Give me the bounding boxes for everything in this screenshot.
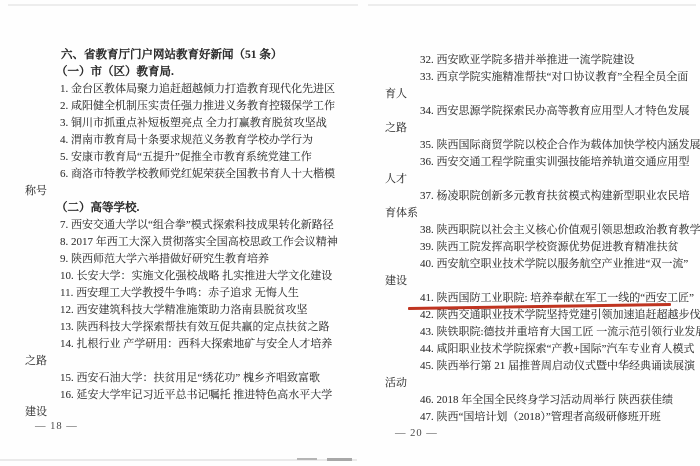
text-line: 5. 安康市教育局“五提升”促推全市教育系统党建工作	[25, 149, 365, 166]
text-line: 32. 西安欧亚学院多措并举推进一流学院建设	[385, 52, 700, 69]
text-line: 12. 西安建筑科技大学精准施策助力洛南县脱贫攻坚	[25, 302, 365, 319]
text-line: 称号	[25, 183, 365, 200]
text-line: 38. 陕西职院以社会主义核心价值观引领思想政治教育教学	[385, 222, 700, 239]
text-line: （一）市（区）教育局.	[25, 64, 365, 81]
text-line: 36. 西安交通工程学院重实训强技能培养轨道交通应用型	[385, 154, 700, 171]
text-line: 14. 扎根行业 产学研用：西科大探索地矿与安全人才培养	[25, 336, 365, 353]
document-page-20: 32. 西安欧亚学院多措并举推进一流学院建设33. 西京学院实施精准帮扶“对口协…	[365, 0, 700, 466]
page-20-text-block: 32. 西安欧亚学院多措并举推进一流学院建设33. 西京学院实施精准帮扶“对口协…	[365, 0, 700, 426]
text-line: 16. 延安大学牢记习近平总书记嘱托 推进特色高水平大学	[25, 387, 365, 404]
next-page-artifact	[297, 458, 317, 460]
text-line: 10. 长安大学：实施文化强校战略 扎实推进大学文化建设	[25, 268, 365, 285]
text-line: 40. 西安航空职业技术学院以服务航空产业推进“双一流”	[385, 256, 700, 273]
text-line: 之路	[385, 120, 700, 137]
text-line: 建设	[25, 404, 365, 421]
text-line: 6. 商洛市特教学校教师党红妮荣获全国教书育人十大楷模	[25, 166, 365, 183]
text-line: 34. 西安思源学院探索民办高等教育应用型人才特色发展	[385, 103, 700, 120]
text-line: 45. 陕西举行第 21 届推普周启动仪式暨中华经典诵读展演	[385, 358, 700, 375]
text-line: 43. 陕铁职院:德技并重培育大国工匠 一流示范引领行业发展	[385, 324, 700, 341]
text-line: 之路	[25, 353, 365, 370]
text-line: 13. 陕西科技大学探索帮扶有效互促共赢的定点扶贫之路	[25, 319, 365, 336]
text-line: 2. 咸阳健全机制压实责任强力推进义务教育控辍保学工作	[25, 98, 365, 115]
page-18-text-block: 六、省教育厅门户网站教育好新闻（51 条）（一）市（区）教育局.1. 金台区教体…	[0, 0, 365, 421]
text-line: 47. 陕西“国培计划（2018）”管理者高级研修班开班	[385, 409, 700, 426]
text-line: 7. 西安交通大学以“组合拳”模式探索科技成果转化新路径	[25, 217, 365, 234]
document-canvas: 六、省教育厅门户网站教育好新闻（51 条）（一）市（区）教育局.1. 金台区教体…	[0, 0, 700, 466]
text-line: 15. 西安石油大学：扶贫用足“绣花功” 槐乡齐唱致富歌	[25, 370, 365, 387]
page-number: — 20 —	[395, 428, 438, 439]
text-line: 建设	[385, 273, 700, 290]
text-line: 1. 金台区教体局聚力追赶超越倾力打造教育现代化先进区	[25, 81, 365, 98]
text-line: 活动	[385, 375, 700, 392]
text-line: 3. 铜川市抓重点补短板塑亮点 全力打赢教育脱贫攻坚战	[25, 115, 365, 132]
text-line: 46. 2018 年全国全民终身学习活动周举行 陕西获佳绩	[385, 392, 700, 409]
page-number: — 18 —	[35, 421, 78, 432]
text-line: 33. 西京学院实施精准帮扶“对口协议教育”全程全员全面	[385, 69, 700, 86]
text-line: 育人	[385, 86, 700, 103]
text-line: 人才	[385, 171, 700, 188]
text-line: 37. 杨凌职院创新多元教育扶贫模式构建新型职业农民培	[385, 188, 700, 205]
text-line: 9. 陕西师范大学六举措做好研究生教育培养	[25, 251, 365, 268]
document-page-18: 六、省教育厅门户网站教育好新闻（51 条）（一）市（区）教育局.1. 金台区教体…	[0, 0, 365, 466]
text-line: 8. 2017 年西工大深入贯彻落实全国高校思政工作会议精神	[25, 234, 365, 251]
text-line: （二）高等学校.	[25, 200, 365, 217]
text-line: 育体系	[385, 205, 700, 222]
next-page-artifact	[327, 458, 352, 461]
text-line: 35. 陕西国际商贸学院以校企合作为载体加快学校内涵发展	[385, 137, 700, 154]
text-line: 39. 陕西工院发挥高职学校资源优势促进教育精准扶贫	[385, 239, 700, 256]
text-line: 六、省教育厅门户网站教育好新闻（51 条）	[25, 47, 365, 64]
text-line: 4. 渭南市教育局十条要求规范义务教育学校办学行为	[25, 132, 365, 149]
text-line: 11. 西安理工大学教授牛争鸣：赤子追求 无悔人生	[25, 285, 365, 302]
text-line: 44. 咸阳职业技术学院探索“产教+国际”汽车专业育人模式	[385, 341, 700, 358]
